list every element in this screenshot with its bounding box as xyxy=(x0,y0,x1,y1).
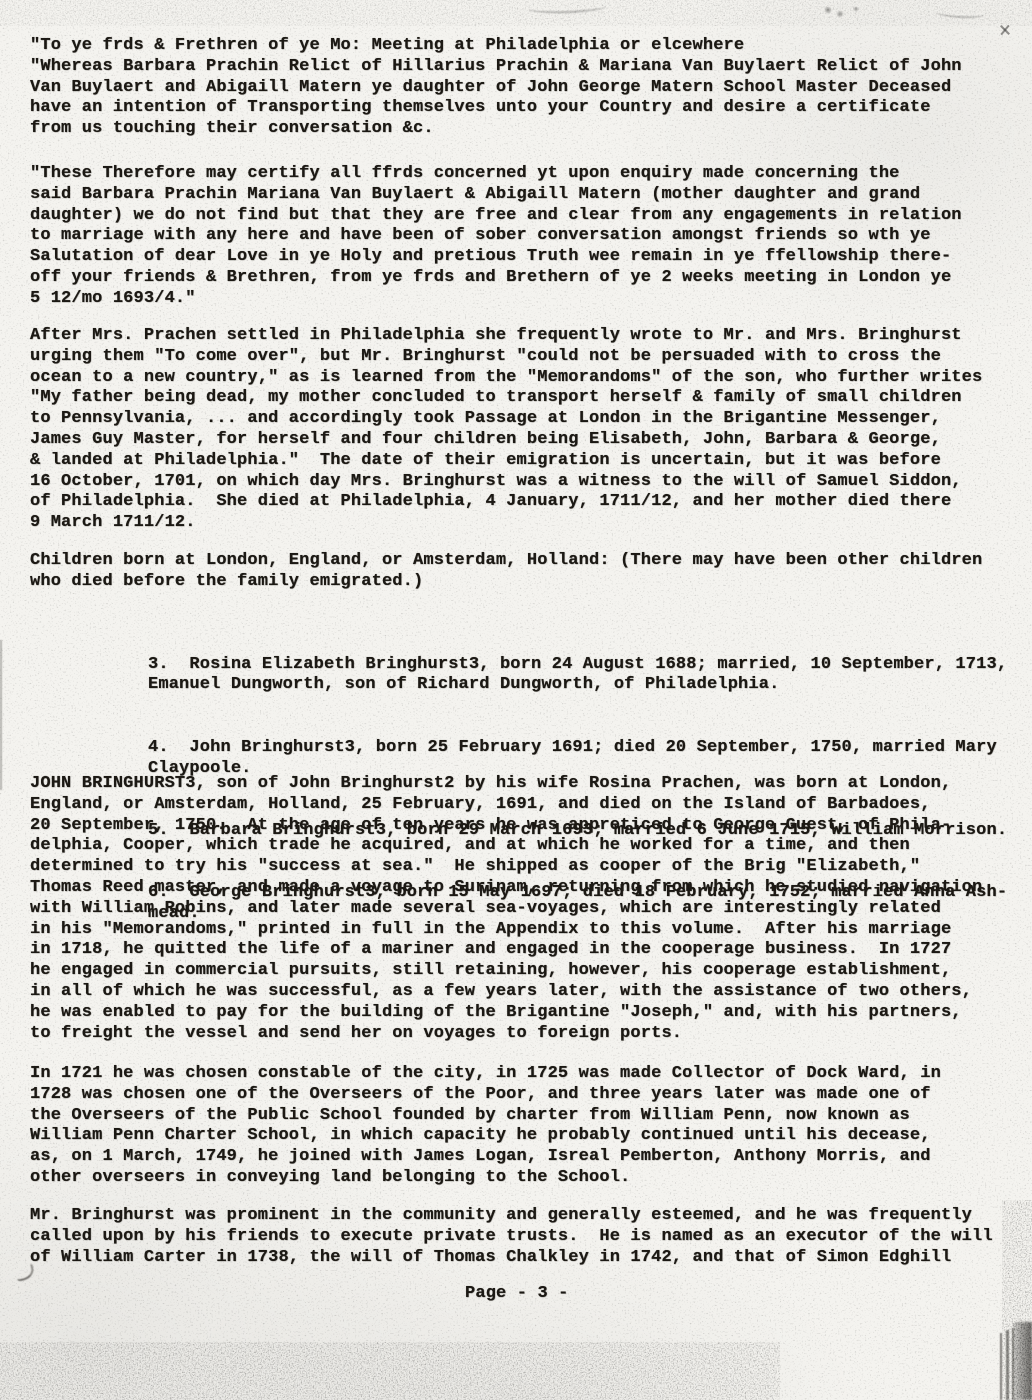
scanned-document-page: "To ye frds & Frethren of ye Mo: Meeting… xyxy=(0,0,1032,1400)
scan-streak xyxy=(1006,1330,1009,1400)
paragraph-biography-john-bringhurst3: JOHN BRINGHURST3, son of John Bringhurst… xyxy=(30,774,982,1044)
scan-streak xyxy=(1000,1333,1002,1400)
pencil-x-mark xyxy=(999,24,1011,36)
corner-scan-shadow xyxy=(1014,1322,1032,1400)
paragraph-address: "To ye frds & Frethren of ye Mo: Meeting… xyxy=(30,36,962,140)
pencil-squiggle-mark xyxy=(528,1,606,15)
ink-speck-dots xyxy=(822,4,868,18)
paragraph-certificate: "These Therefore may certify all ffrds c… xyxy=(30,164,962,310)
page-number: Page - 3 - xyxy=(465,1284,569,1305)
scan-streak xyxy=(1012,1328,1014,1400)
paragraph-children-intro: Children born at London, England, or Ams… xyxy=(30,551,982,593)
paragraph-executorships: Mr. Bringhurst was prominent in the comm… xyxy=(30,1206,993,1268)
scan-edge-shadow xyxy=(0,640,2,790)
child-entry-rosina: 3. Rosina Elizabeth Bringhurst3, born 24… xyxy=(148,655,1007,697)
paragraph-civic-offices: In 1721 he was chosen constable of the c… xyxy=(30,1064,941,1189)
paragraph-settlement: After Mrs. Prachen settled in Philadelph… xyxy=(30,326,982,534)
pencil-squiggle-mark xyxy=(936,8,984,19)
